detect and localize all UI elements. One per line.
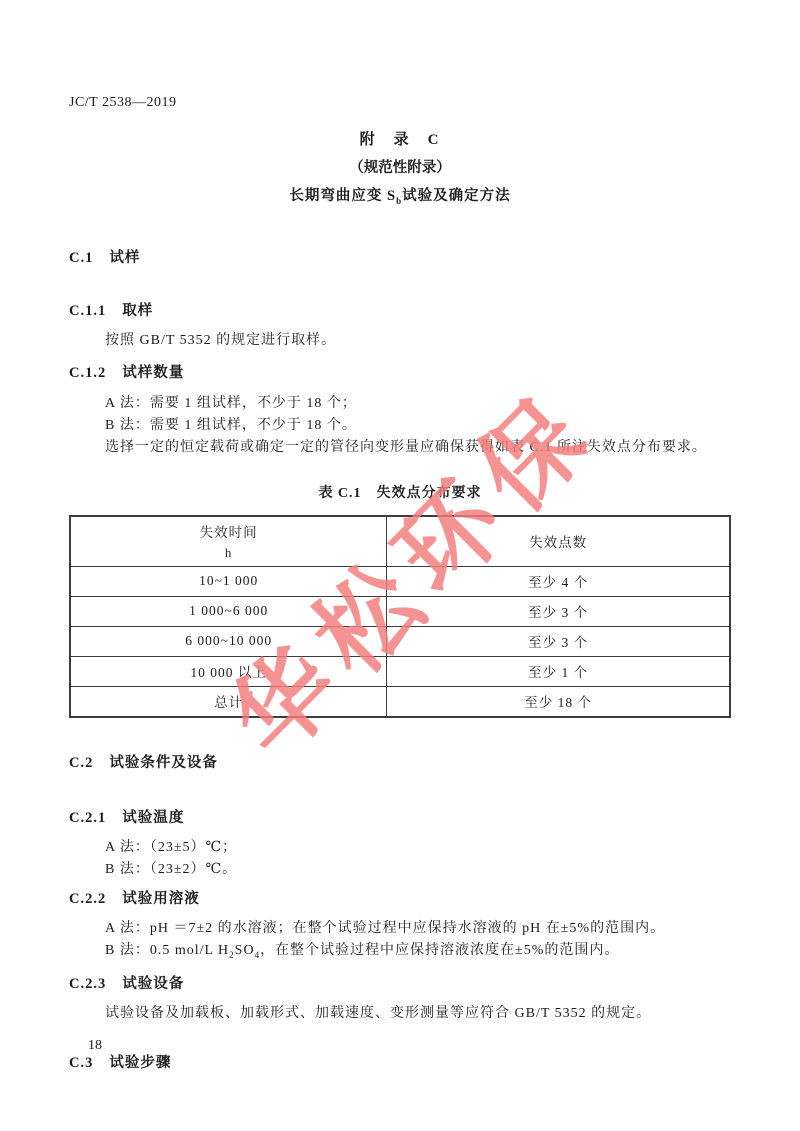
table-header-row: 失效时间 h 失效点数: [70, 516, 730, 567]
cell-time: 6 000~10 000: [70, 626, 387, 656]
page-number: 18: [88, 1038, 102, 1054]
section-c2-heading: C.2试验条件及设备: [69, 751, 731, 772]
appendix-subtitle: （规范性附录）: [69, 156, 731, 177]
table-header-points: 失效点数: [387, 516, 730, 567]
section-c12-heading: C.1.2试样数量: [69, 361, 731, 382]
paragraph-line: B 法：0.5 mol/L H2SO4，在整个试验过程中应保持溶液浓度在±5%的…: [69, 940, 731, 966]
table-header-time: 失效时间 h: [70, 516, 387, 567]
section-c22-title: 试验用溶液: [122, 891, 200, 907]
cell-points: 至少 3 个: [387, 626, 730, 656]
section-c22-label: C.2.2: [69, 891, 106, 907]
appendix-heading: 长期弯曲应变 Sb试验及确定方法: [69, 184, 731, 206]
section-c21-heading: C.2.1试验温度: [69, 806, 731, 827]
doc-code: JC/T 2538—2019: [69, 95, 731, 111]
paragraph-line: B 法：需要 1 组试样，不少于 18 个。: [69, 415, 731, 437]
cell-time: 1 000~6 000: [70, 596, 387, 626]
cell-points: 至少 18 个: [387, 686, 730, 717]
section-c3-title: 试验步骤: [109, 1055, 171, 1071]
chem-text: SO: [235, 943, 255, 958]
section-c12-label: C.1.2: [69, 365, 106, 381]
cell-points: 至少 1 个: [387, 656, 730, 686]
chem-text: ，在整个试验过程中应保持溶液浓度在±5%的范围内。: [260, 943, 619, 958]
paragraph-line: A 法：（23±5）℃；: [69, 837, 731, 859]
table-row: 10~1 000 至少 4 个: [70, 566, 730, 596]
paragraph-line: 选择一定的恒定载荷或确定一定的管径向变形量应确保获得如表 C.1 所注失效点分布…: [69, 437, 731, 459]
section-c22-body: A 法：pH ＝7±2 的水溶液；在整个试验过程中应保持水溶液的 pH 在±5%…: [69, 918, 731, 966]
section-c23-title: 试验设备: [122, 976, 184, 992]
section-c3-label: C.3: [69, 1055, 93, 1071]
section-c12-body: A 法：需要 1 组试样，不少于 18 个； B 法：需要 1 组试样，不少于 …: [69, 393, 731, 459]
table-row: 总计 至少 18 个: [70, 686, 730, 717]
table-row: 1 000~6 000 至少 3 个: [70, 596, 730, 626]
section-c1-title: 试样: [109, 250, 140, 266]
table-header-time-unit: h: [71, 545, 386, 561]
section-c11-body: 按照 GB/T 5352 的规定进行取样。: [69, 330, 731, 352]
cell-time: 10~1 000: [70, 566, 387, 596]
section-c11-heading: C.1.1取样: [69, 299, 731, 320]
section-c23-label: C.2.3: [69, 976, 106, 992]
paragraph-line: A 法：需要 1 组试样，不少于 18 个；: [69, 393, 731, 415]
section-c21-body: A 法：（23±5）℃； B 法：（23±2）℃。: [69, 837, 731, 881]
appendix-heading-post: 试验及确定方法: [402, 188, 511, 204]
section-c22-heading: C.2.2试验用溶液: [69, 887, 731, 908]
cell-points: 至少 4 个: [387, 566, 730, 596]
table-header-time-line1: 失效时间: [71, 521, 386, 541]
table-caption: 表 C.1 失效点分布要求: [69, 482, 731, 502]
chem-text: B 法：0.5 mol/L H: [105, 943, 229, 958]
section-c2-label: C.2: [69, 755, 93, 771]
section-c11-label: C.1.1: [69, 303, 106, 319]
section-c21-label: C.2.1: [69, 810, 106, 826]
section-c2-title: 试验条件及设备: [109, 755, 218, 771]
section-c1-heading: C.1试样: [69, 246, 731, 267]
document-page: 华松环保 JC/T 2538—2019 附 录 C （规范性附录） 长期弯曲应变…: [0, 0, 800, 1131]
paragraph-line: A 法：pH ＝7±2 的水溶液；在整个试验过程中应保持水溶液的 pH 在±5%…: [69, 918, 731, 940]
section-c23-heading: C.2.3试验设备: [69, 972, 731, 993]
section-c11-title: 取样: [122, 303, 153, 319]
failure-distribution-table: 失效时间 h 失效点数 10~1 000 至少 4 个 1 000~6 000 …: [69, 515, 731, 718]
table-row: 10 000 以上 至少 1 个: [70, 656, 730, 686]
paragraph-line: B 法：（23±2）℃。: [69, 859, 731, 881]
table-row: 6 000~10 000 至少 3 个: [70, 626, 730, 656]
section-c1-label: C.1: [69, 250, 93, 266]
cell-points: 至少 3 个: [387, 596, 730, 626]
appendix-title: 附 录 C: [69, 128, 731, 149]
appendix-heading-pre: 长期弯曲应变 S: [289, 188, 396, 204]
section-c23-body: 试验设备及加载板、加载形式、加载速度、变形测量等应符合 GB/T 5352 的规…: [69, 1003, 731, 1025]
section-c12-title: 试样数量: [122, 365, 184, 381]
cell-time: 总计: [70, 686, 387, 717]
cell-time: 10 000 以上: [70, 656, 387, 686]
section-c21-title: 试验温度: [122, 810, 184, 826]
section-c3-heading: C.3试验步骤: [69, 1051, 731, 1072]
